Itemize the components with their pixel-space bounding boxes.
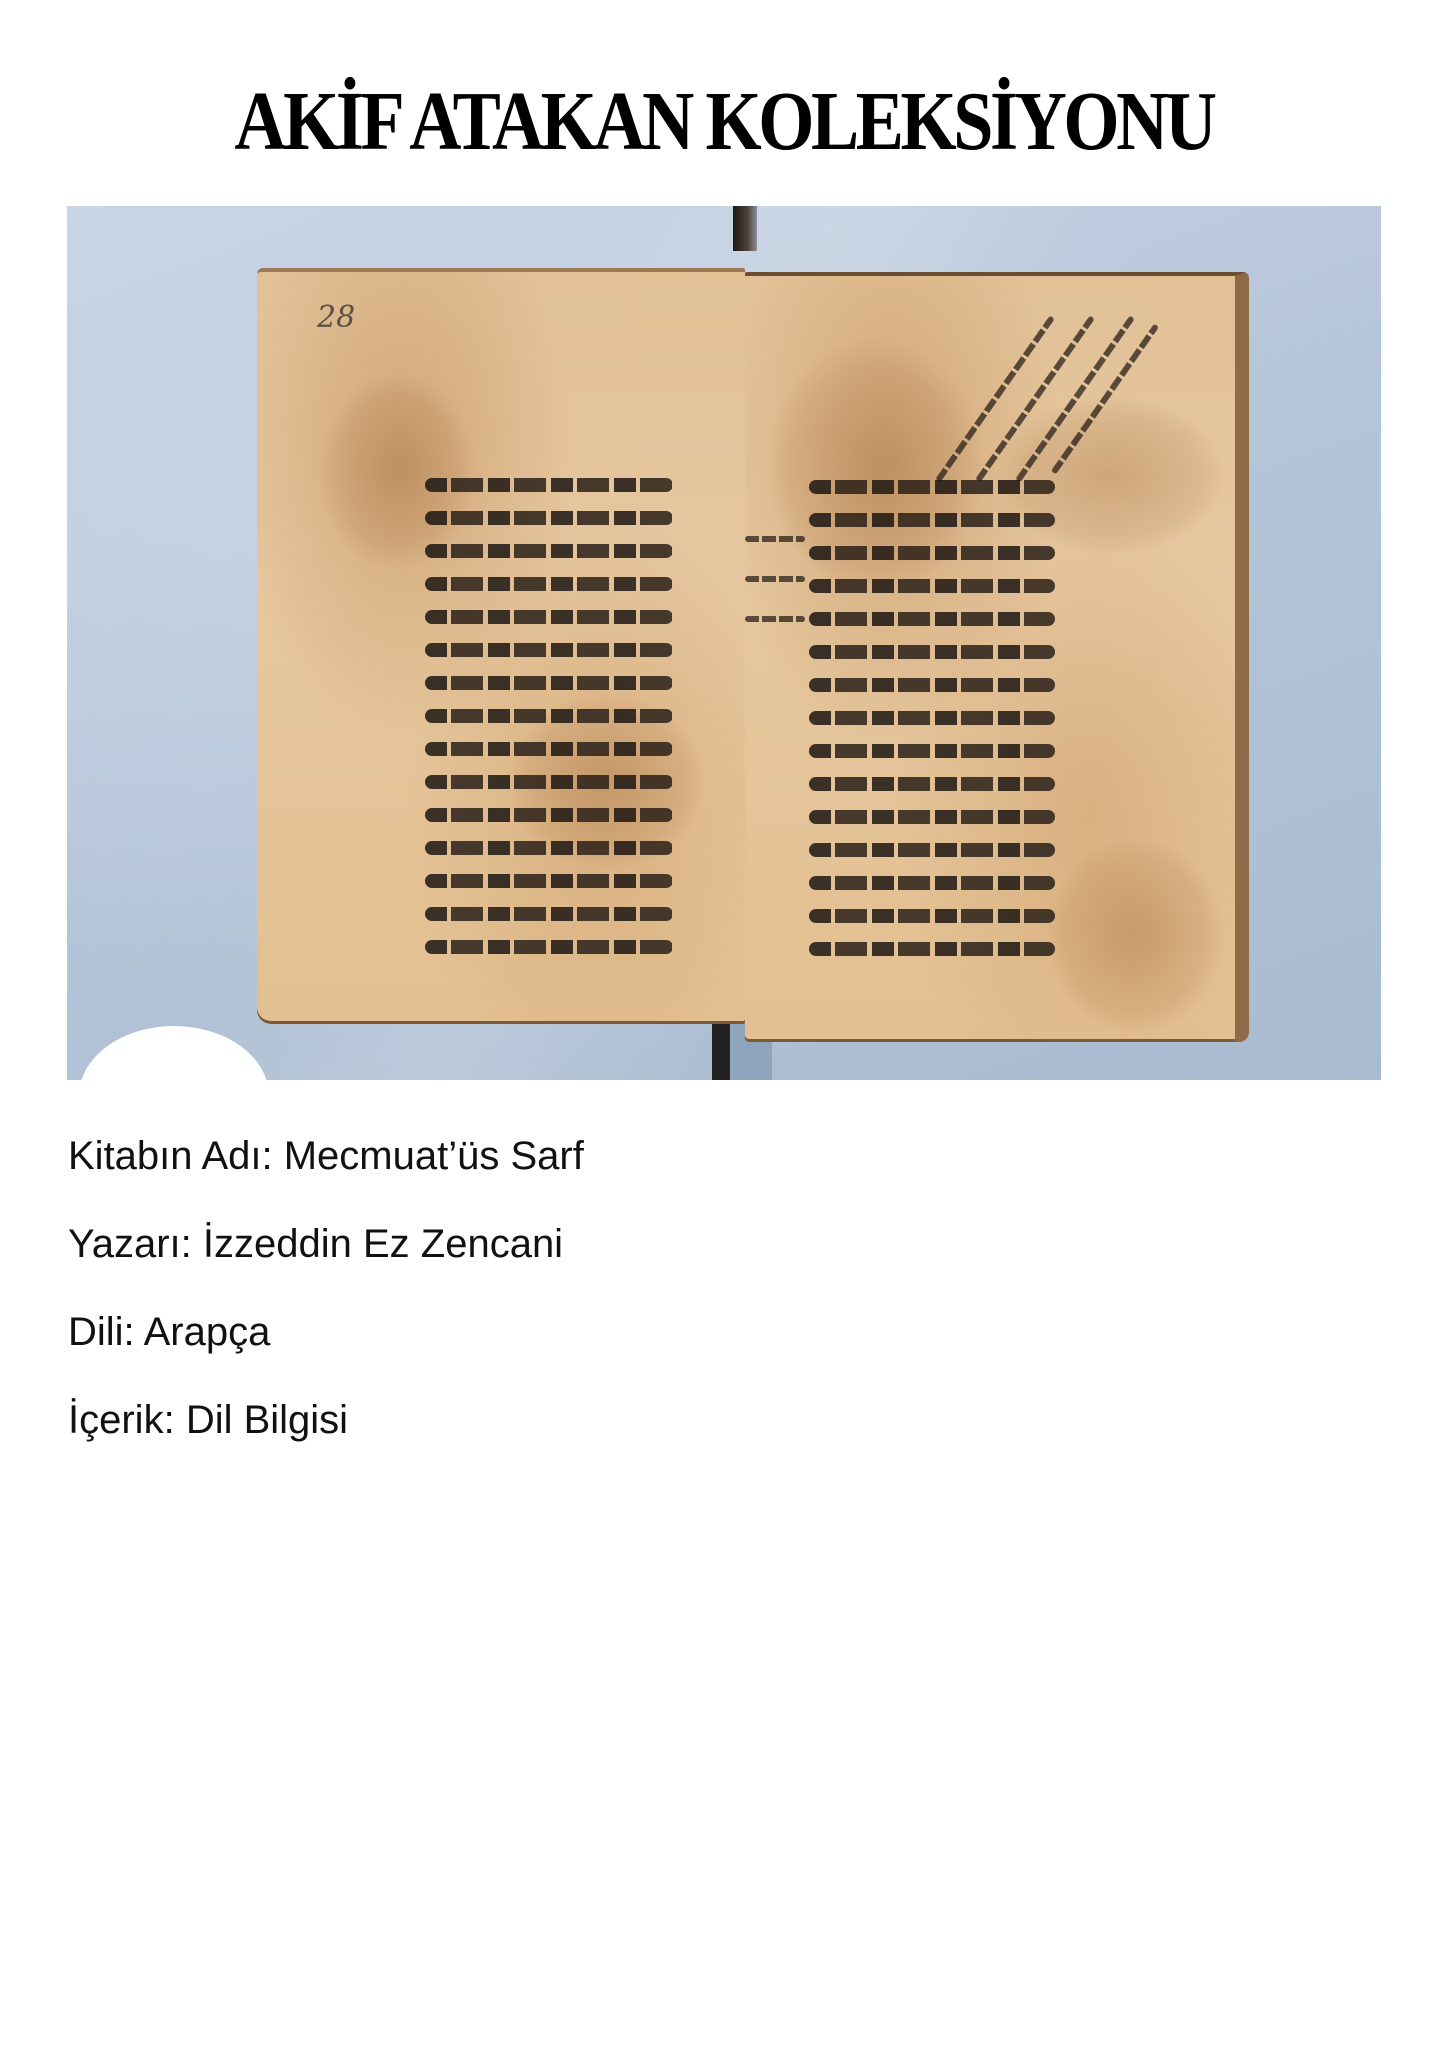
book-details: Kitabın Adı: Mecmuat’üs Sarf Yazarı: İzz… xyxy=(68,1112,584,1464)
detail-language: Dili: Arapça xyxy=(68,1288,584,1376)
detail-value: İzzeddin Ez Zencani xyxy=(203,1222,563,1266)
detail-value: Mecmuat’üs Sarf xyxy=(284,1134,584,1178)
detail-book-title: Kitabın Adı: Mecmuat’üs Sarf xyxy=(68,1112,584,1200)
collection-title: AKİF ATAKAN KOLEKSİYONU xyxy=(101,72,1346,172)
detail-value: Dil Bilgisi xyxy=(186,1398,348,1442)
marginal-note xyxy=(745,616,805,622)
marginal-note xyxy=(745,576,805,582)
detail-author: Yazarı: İzzeddin Ez Zencani xyxy=(68,1200,584,1288)
marginal-note xyxy=(745,536,805,542)
water-stain xyxy=(1045,836,1225,1036)
folio-number: 28 xyxy=(317,300,355,335)
manuscript-right-page xyxy=(745,272,1249,1042)
detail-label: İçerik: xyxy=(68,1398,175,1442)
detail-label: Kitabın Adı: xyxy=(68,1134,273,1178)
arabic-text-block-right xyxy=(809,480,1055,956)
spine-top xyxy=(733,206,757,251)
manuscript-left-page: 28 xyxy=(257,268,745,1024)
detail-label: Dili: xyxy=(68,1310,135,1354)
detail-content: İçerik: Dil Bilgisi xyxy=(68,1376,584,1464)
detail-label: Yazarı: xyxy=(68,1222,192,1266)
arabic-text-block-left xyxy=(425,478,673,954)
manuscript-photo: 28 xyxy=(67,206,1381,1080)
detail-value: Arapça xyxy=(144,1310,271,1354)
